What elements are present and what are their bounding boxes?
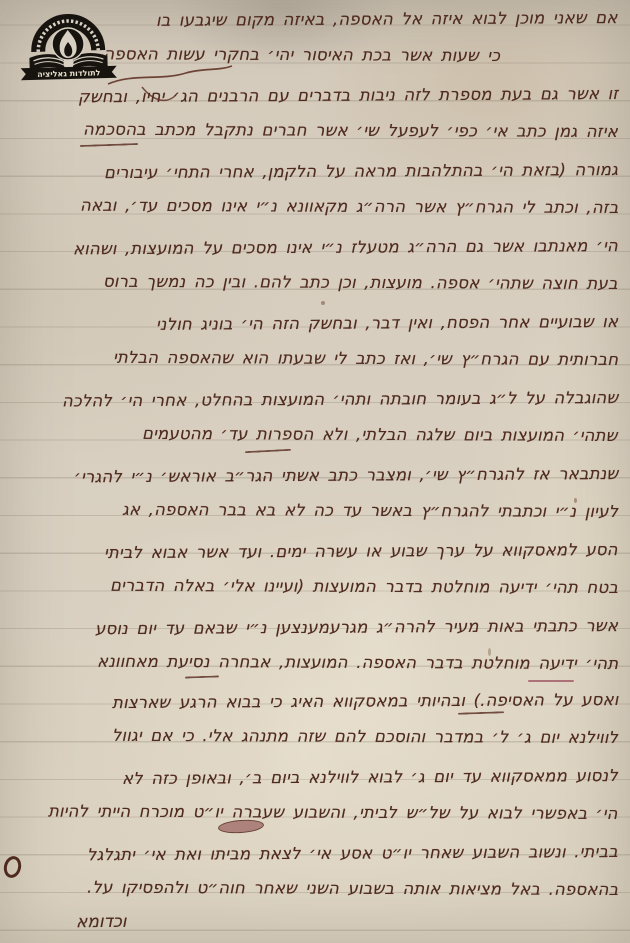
manuscript-line: שהוגבלה על ל״ג בעומר חובתה ותהי׳ המועצות…	[62, 388, 618, 410]
manuscript-line: בעת חוצה שתהי׳ אספה. מועצות, וכן כתב להם…	[103, 272, 618, 293]
stamp-banner-text: לתולדות גאליציה	[37, 68, 101, 79]
manuscript-line: בהאספה. באל מציאות אותה בשבוע השני שאחר …	[87, 878, 618, 899]
manuscript-line: בזה, וכתב לי הגרח״ץ אשר הרה״ג מקאוונא נ״…	[79, 196, 618, 217]
manuscript-line: לווילנא יום ג׳ ל׳ במדבר והוסכם להם שזה מ…	[112, 726, 618, 747]
closing-word: וכדומא	[76, 912, 127, 932]
manuscript-line: אם שאני מוכן לבוא איזה אל האספה, באיזה מ…	[156, 8, 618, 30]
stamp-banner: לתולדות גאליציה	[21, 66, 117, 81]
manuscript-line: בביתי. ונשוב השבוע שאחר יו״ט אסע אי׳ לצא…	[87, 842, 618, 864]
foxing-speck	[488, 648, 491, 656]
manuscript-line: ואסע על האסיפה.) ובהיותי במאסקווא האיג כ…	[111, 690, 618, 712]
library-stamp: לתולדות גאליציה	[15, 3, 121, 82]
foxing-speck	[574, 498, 577, 503]
ink-underline	[528, 680, 574, 682]
ink-blot	[2, 854, 24, 879]
manuscript-line: הסע למאסקווא על ערך שבוע או עשרה ימים. ו…	[104, 540, 618, 562]
manuscript-line: בטח תהי׳ ידיעה מוחלטת בדבר המועצות (ועיי…	[110, 576, 618, 597]
manuscript-line: אשר כתבתי באות מעיר להרה״ג מגרעמענצען נ״…	[95, 616, 618, 638]
ink-flourish-squiggle	[104, 60, 239, 112]
manuscript-line: לעיון נ״י וכתבתי להגרח״ץ באשר עד כה לא ב…	[122, 500, 618, 521]
manuscript-line: תהי׳ ידיעה מוחלטת בדבר האספה. המועצות, א…	[97, 652, 618, 673]
ink-underline	[458, 711, 504, 715]
manuscript-line: לנסוע ממאסקווא עד יום ג׳ לבוא לווילנא בי…	[122, 766, 618, 788]
manuscript-line: איזה גמן כתב אי׳ כפי׳ לעפעל שי׳ אשר חברי…	[83, 120, 618, 141]
manuscript-page: אם שאני מוכן לבוא איזה אל האספה, באיזה מ…	[0, 0, 630, 943]
manuscript-line: או שבועיים אחר הפסח, ואין דבר, ובחשק הזה…	[156, 312, 618, 334]
ink-underline	[185, 675, 219, 678]
manuscript-line: הי׳ מאנתבו אשר גם הרה״ג מטעלז נ״י אינו מ…	[73, 236, 618, 258]
ink-underline	[245, 449, 291, 453]
manuscript-line: שנתבאר אז להגרח״ץ שי׳, ומצבר כתב אשתי הג…	[74, 464, 619, 486]
manuscript-line: חברותית עם הגרח״ץ שי׳, ואז כתב לי שבעתו …	[113, 348, 618, 369]
manuscript-line: שתהי׳ המועצות ביום שלגה הבלתי, ולא הספרו…	[142, 424, 618, 445]
manuscript-line: גמורה (בזאת הי׳ בהתלהבות מראה על הלקמן, …	[104, 160, 618, 182]
flame-icon	[52, 28, 85, 61]
manuscript-line: הי׳ באפשרי לבוא על של״ש לביתי, והשבוע שע…	[48, 802, 618, 823]
foxing-speck	[321, 301, 325, 305]
ink-underline	[80, 143, 138, 147]
